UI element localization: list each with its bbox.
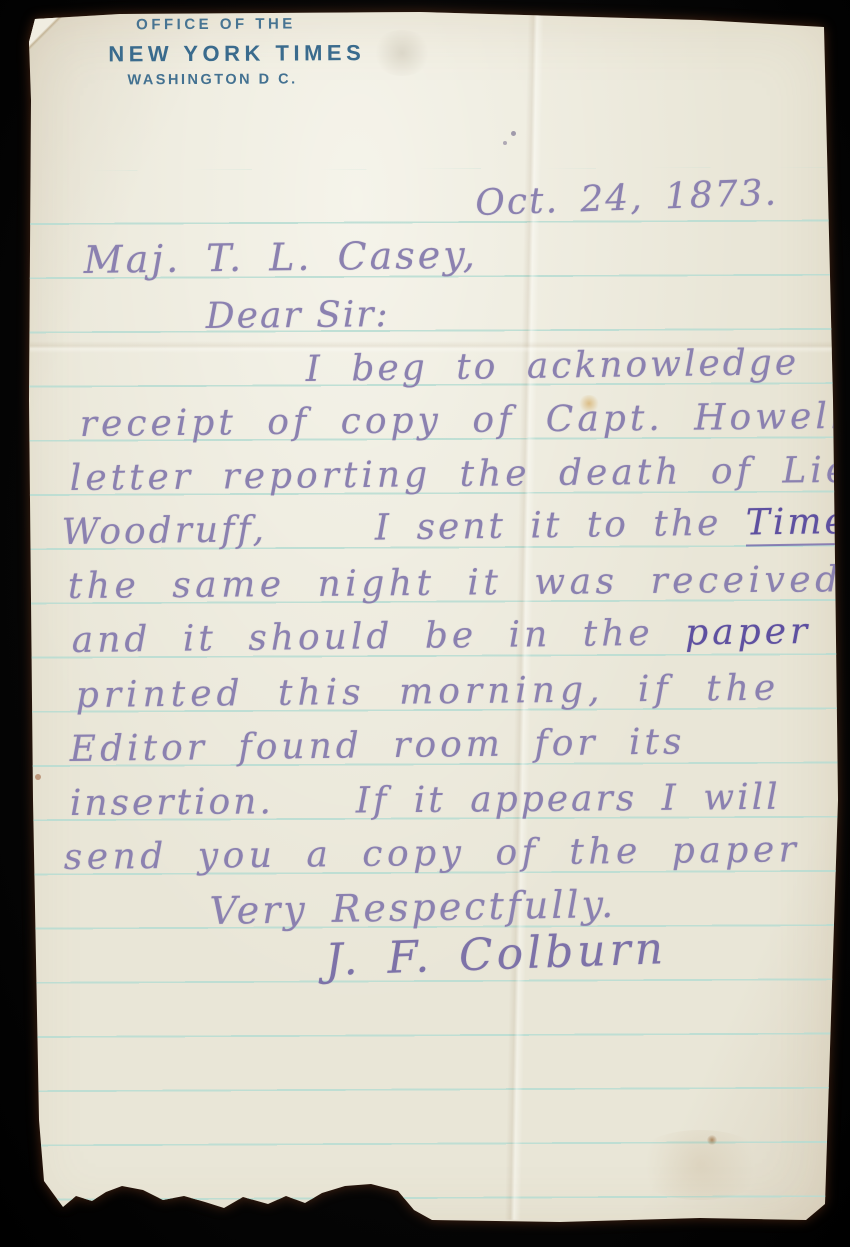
body-line-10: send you a copy of the paper [64,832,801,876]
ink-speck [503,141,507,145]
handwriting-segment [721,502,746,543]
handwriting-segment: insertion. [70,781,274,824]
body-line-3: letter reporting the death of Lieut. [70,452,850,497]
date-line: Oct. 24, 1873. [475,175,779,222]
handwriting-segment: Woodruff, [61,509,267,553]
stain [35,774,41,780]
body-line-7: printed this morning, if the [76,671,781,714]
signature: J. F. Colburn [324,927,667,983]
corner-fold [28,13,64,49]
body-line-1: I beg to acknowledge [305,345,799,388]
underlined-word-times: Times [746,501,850,547]
edge-chip [32,1146,39,1156]
body-line-2: receipt of copy of Capt. Howell's [80,399,850,443]
body-line-8: Editor found room for its [70,724,686,768]
letterhead-city-line: WASHINGTON D C. [127,71,297,88]
paper-shadow-wrap: OFFICE OF THE NEW YORK TIMES WASHINGTON … [0,0,850,1247]
body-line-5: the same night it was received, [68,562,850,605]
handwriting-segment: I sent it to the [375,503,722,549]
edge-chip [30,1122,39,1135]
letter-paper: OFFICE OF THE NEW YORK TIMES WASHINGTON … [0,0,850,1247]
stain [630,1130,770,1200]
salutation-line: Dear Sir: [206,297,390,335]
scanned-letter-scene: OFFICE OF THE NEW YORK TIMES WASHINGTON … [0,0,850,1247]
body-line-6: and it should be in the paper [72,614,812,659]
handwriting-segment: and it should be in the [72,613,654,661]
handwriting-gap [267,540,375,542]
recipient-line: Maj. T. L. Casey, [83,236,478,279]
ink-speck [511,131,516,136]
letterhead-office-line: OFFICE OF THE [136,15,296,33]
handwriting-gap [274,813,356,814]
letterhead-newspaper-name: NEW YORK TIMES [108,40,365,67]
body-line-9: insertion.If it appears I will [70,780,781,822]
closing-line: Very Respectfully. [209,885,616,930]
stain [372,30,432,76]
handwriting-segment: If it appears I will [356,777,781,822]
handwriting-segment [653,613,685,654]
dark-ink-word-paper: paper [685,611,812,654]
